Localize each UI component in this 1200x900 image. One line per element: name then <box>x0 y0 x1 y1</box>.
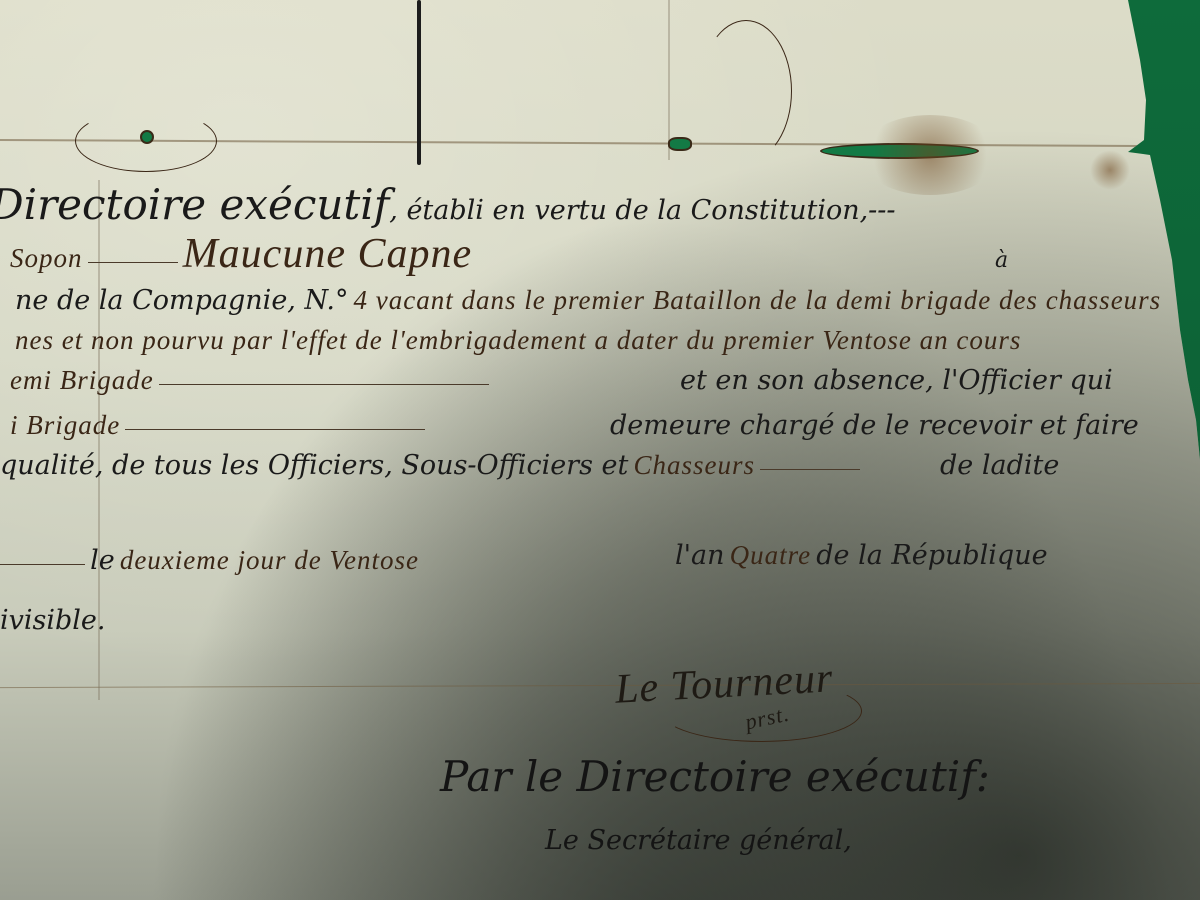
document-line-2: Sopon Maucune Capne <box>10 230 472 278</box>
printed-compagnie: ne de la Compagnie, N.° <box>15 285 348 316</box>
printed-preposition-a: à <box>995 248 1008 273</box>
heading-line: Directoire exécutif, établi en vertu de … <box>0 180 896 229</box>
handwritten-flourish-top-mid <box>700 20 792 162</box>
stain-corner <box>1090 150 1130 190</box>
printed-en-son-absence: et en son absence, l'Officier qui <box>680 365 1113 396</box>
handwritten-chasseurs: Chasseurs <box>633 450 755 480</box>
document-line-3: ne de la Compagnie, N.° 4 vacant dans le… <box>15 285 1161 316</box>
printed-le: le <box>90 545 115 576</box>
printed-indivisible: ivisible. <box>0 605 106 636</box>
fill-line <box>88 262 178 263</box>
handwritten-embrigadement-line: nes et non pourvu par l'effet de l'embri… <box>15 325 1021 356</box>
signature-flourish <box>660 680 862 742</box>
fill-line <box>0 564 85 565</box>
fill-line <box>760 469 860 470</box>
fill-line <box>159 384 489 385</box>
heading-directoire-executif: Directoire exécutif <box>0 180 389 229</box>
handwritten-name-fragment: Sopon <box>10 243 83 273</box>
printed-officiers: qualité, de tous les Officiers, Sous-Off… <box>0 450 628 481</box>
document-line-5: emi Brigade <box>10 365 489 396</box>
fill-line <box>125 429 425 430</box>
printed-vertical-rule <box>417 0 421 165</box>
paper-hole-mid <box>668 137 692 151</box>
fold-crease-vertical-mid <box>668 0 670 160</box>
printed-de-la-republique: de la République <box>816 540 1047 571</box>
paper-hole-left <box>140 130 154 144</box>
document-line-8-right: l'an Quatre de la République <box>675 540 1048 571</box>
handwritten-officer-name: Maucune Capne <box>183 231 472 277</box>
printed-lan: l'an <box>675 540 725 571</box>
handwritten-vacancy: 4 vacant dans le premier Bataillon de la… <box>354 285 1162 315</box>
closing-secretaire-general: Le Secrétaire général, <box>545 825 852 856</box>
handwritten-demi-brigade-1: emi Brigade <box>10 365 154 395</box>
document-line-6: i Brigade <box>10 410 425 441</box>
document-line-8: le deuxieme jour de Ventose <box>0 545 419 576</box>
handwritten-year: Quatre <box>730 540 812 570</box>
handwritten-demi-brigade-2: i Brigade <box>10 410 120 440</box>
handwritten-date-day: deuxieme jour de Ventose <box>120 545 419 575</box>
fold-crease-middle <box>0 683 1200 688</box>
printed-de-ladite: de ladite <box>940 450 1059 481</box>
heading-constitution: , établi en vertu de la Constitution,--- <box>389 195 895 226</box>
printed-demeure-charge: demeure chargé de le recevoir et faire <box>610 410 1139 441</box>
document-line-7: qualité, de tous les Officiers, Sous-Off… <box>0 450 860 481</box>
document-paper: Directoire exécutif, établi en vertu de … <box>0 0 1200 900</box>
closing-par-le-directoire: Par le Directoire exécutif: <box>440 752 990 801</box>
